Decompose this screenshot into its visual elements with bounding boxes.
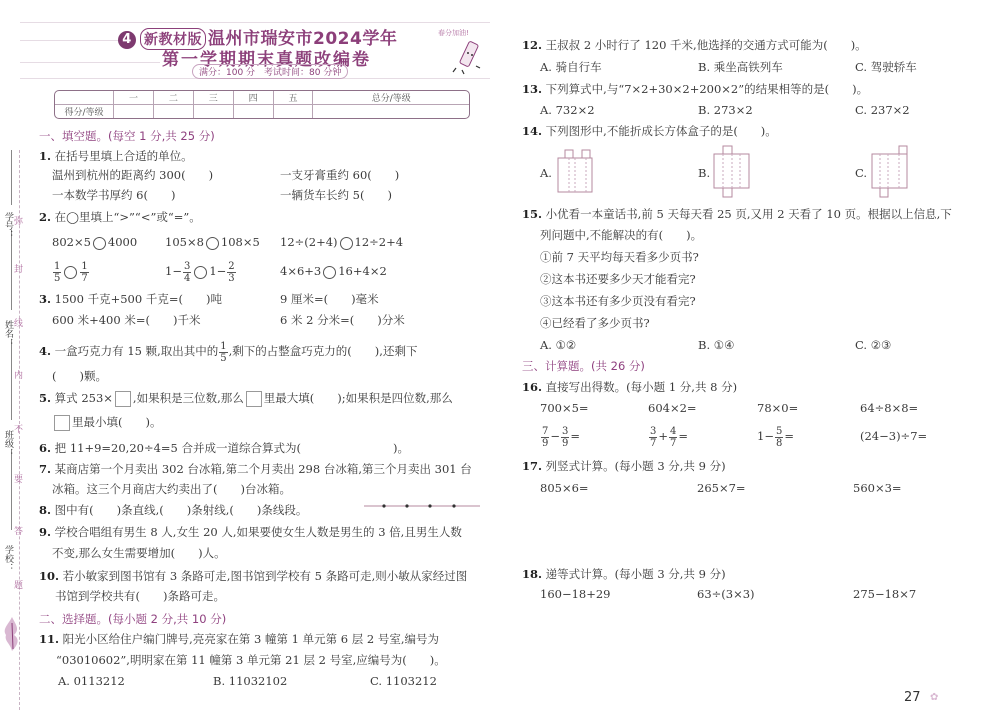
header-deco-line [20,62,160,63]
q11-line2: “03010602”,明明家在第 11 幢第 3 单元第 21 层 2 号室,应… [56,653,446,667]
q15-line2: 列问题中,不能解决的有( )。 [540,228,702,242]
seal-char: 不 [14,422,23,435]
binding-solid-line [11,230,12,310]
q18: 18. 递等式计算。(每小题 3 分,共 9 分) [522,567,726,581]
seal-char: 封 [14,262,23,275]
exam-subtitle: 满分：100 分 考试时间：80 分钟 [192,64,348,79]
score-cell[interactable] [154,105,194,118]
compare-circle[interactable] [93,237,106,250]
q5-line2: 里最小填( )。 [52,415,161,431]
school-label: 学校： [2,545,15,572]
seal-char: 内 [14,368,23,381]
q4-line2: ( )颗。 [52,369,107,383]
binding-solid-line [11,340,12,420]
q13-option-a[interactable]: A. 732×2 [540,103,595,117]
seal-char: 线 [14,316,23,329]
exam-number-badge: 4 [118,31,136,49]
q18-item: 63÷(3×3) [697,587,755,601]
q11-option-b[interactable]: B. 11032102 [213,674,287,688]
q15-sub: ②这本书还要多少天才能看完? [540,272,696,286]
compare-circle[interactable] [340,237,353,250]
score-cell[interactable] [234,105,274,118]
q7-line1: 7. 某商店第一个月卖出 302 台冰箱,第二个月卖出 298 台冰箱,第三个月… [39,462,472,476]
score-cell[interactable] [194,105,234,118]
q16-item: 1−58= [757,423,794,449]
score-cell[interactable] [114,105,154,118]
q2-item: 12÷(2+4)12÷2+4 [280,235,403,250]
q2-item: 1517 [52,258,90,284]
q3-item: 9 厘米=( )毫米 [280,292,379,306]
compare-circle[interactable] [194,266,207,279]
q15-option-a[interactable]: A. ①② [540,338,576,352]
q2-item: 1−341−23 [165,258,237,284]
q1-text: 在括号里填上合适的单位。 [55,149,193,163]
q1-number: 1. [39,149,51,163]
box-net-c-figure [870,144,910,200]
q1-item: 一本数学书厚约 6( ) [52,188,175,202]
score-table-header [55,91,114,105]
q3-item: 3. 1500 千克+500 千克=( )吨 [39,292,222,306]
q15-sub: ③这本书还有多少页没有看完? [540,294,696,308]
score-table-header: 三 [194,91,234,105]
q16-item: 604×2= [648,401,697,415]
q16-item: 78×0= [757,401,798,415]
q17-item: 265×7= [697,481,746,495]
q9-line1: 9. 学校合唱组有男生 8 人,女生 20 人,如果要使女生人数是男生的 3 倍… [39,525,462,539]
q14-option-b[interactable]: B. [698,166,710,180]
q1-item: 温州到杭州的距离约 300( ) [52,168,213,182]
q5-line1: 5. 算式 253×,如果积是三位数,那么里最大填( );如果积是四位数,那么 [39,391,453,407]
score-table-header: 二 [154,91,194,105]
pencil-mascot-icon [448,38,488,78]
q16: 16. 直接写出得数。(每小题 1 分,共 8 分) [522,380,737,394]
q11-option-a[interactable]: A. 0113212 [58,674,125,688]
q3-item: 6 米 2 分米=( )分米 [280,313,405,327]
q14-option-a[interactable]: A. [540,166,552,180]
q17: 17. 列竖式计算。(每小题 3 分,共 9 分) [522,459,726,473]
q2-number: 2. [39,210,51,224]
q15-sub: ④已经看了多少页书? [540,316,650,330]
blank-box[interactable] [246,391,262,407]
q16-item: (24−3)÷7= [860,429,927,443]
binding-solid-line [11,450,12,530]
q1-item: 一辆货车长约 5( ) [280,188,392,202]
q13-option-c[interactable]: C. 237×2 [855,103,910,117]
q2-item: 4×6+316+4×2 [280,264,387,279]
score-table-header: 四 [234,91,274,105]
q2-item: 802×54000 [52,235,137,250]
q17-item: 805×6= [540,481,589,495]
blank-box[interactable] [115,391,131,407]
score-row-label: 得分/等级 [55,105,114,118]
compare-circle[interactable] [64,266,77,279]
section-fill-in-title: 一、填空题。(每空 1 分,共 25 分) [39,128,215,144]
q2-item: 105×8108×5 [165,235,260,250]
q15-option-b[interactable]: B. ①④ [698,338,734,352]
score-table: 一 二 三 四 五 总分/等级 得分/等级 [54,90,470,119]
mascot-text: 春分加油! [438,28,469,38]
q12-option-b[interactable]: B. 乘坐高铁列车 [698,60,783,74]
flower-decoration-icon [2,615,24,655]
compare-circle[interactable] [206,237,219,250]
q11-option-c[interactable]: C. 1103212 [370,674,437,688]
seal-char: 弥 [14,214,23,227]
q7-line2: 冰箱。这三个月商店大约卖出了( )台冰箱。 [52,482,291,496]
q12-option-c[interactable]: C. 驾驶轿车 [855,60,917,74]
seal-char: 答 [14,524,23,537]
q1-item: 一支牙膏重约 60( ) [280,168,399,182]
score-table-header: 五 [274,91,314,105]
q2-prompt: 2. 在◯里填上“>”“<”或“=”。 [39,210,201,224]
q16-item: 64÷8×8= [860,401,918,415]
q18-item: 275−18×7 [853,587,916,601]
score-cell[interactable] [274,105,314,118]
q13-option-b[interactable]: B. 273×2 [698,103,753,117]
binding-solid-line [11,150,12,205]
q14-option-c[interactable]: C. [855,166,867,180]
q16-item: 79−39= [540,423,580,449]
q9-line2: 不变,那么女生需要增加( )人。 [52,546,226,560]
q17-item: 560×3= [853,481,902,495]
box-net-a-figure [556,148,596,194]
q6: 6. 把 11+9=20,20÷4=5 合并成一道综合算式为( )。 [39,441,409,455]
q4-line1: 4. 一盒巧克力有 15 颗,取出其中的15,剩下的占整盒巧克力的( ),还剩下 [39,338,417,364]
header-deco-line [20,22,490,23]
line-segments-figure [362,500,482,512]
q14: 14. 下列图形中,不能折成长方体盒子的是( )。 [522,124,777,138]
q16-item: 37+47= [648,423,688,449]
q16-item: 700×5= [540,401,589,415]
seal-char: 题 [14,578,23,591]
q12-option-a[interactable]: A. 骑自行车 [540,60,602,74]
q18-item: 160−18+29 [540,587,611,601]
q15-sub: ①前 7 天平均每天看多少页书? [540,250,699,264]
blank-box[interactable] [54,415,70,431]
q15-option-c[interactable]: C. ②③ [855,338,891,352]
seal-char: 要 [14,472,23,485]
q3-item: 600 米+400 米=( )千米 [52,313,200,327]
q8: 8. 图中有( )条直线,( )条射线,( )条线段。 [39,503,307,517]
mascot: 春分加油! [440,28,490,78]
q13: 13. 下列算式中,与“7×2+30×2+200×2”的结果相等的是( )。 [522,82,868,96]
section-choice-title: 二、选择题。(每小题 2 分,共 10 分) [39,611,226,627]
q2-text: 在◯里填上“>”“<”或“=”。 [55,210,201,224]
q15-line1: 15. 小优看一本童话书,前 5 天每天看 25 页,又用 2 天看了 10 页… [522,207,952,221]
q10-line1: 10. 若小敏家到图书馆有 3 条路可走,图书馆到学校有 5 条路可走,则小敏从… [39,569,467,583]
score-table-header: 一 [114,91,154,105]
page-corner-deco: ✿ [930,692,940,704]
page-number: 27 [904,690,921,705]
score-cell[interactable] [313,105,469,118]
compare-circle[interactable] [323,266,336,279]
score-table-header: 总分/等级 [313,91,469,105]
section-calc-title: 三、计算题。(共 26 分) [522,358,645,374]
q12: 12. 王叔叔 2 小时行了 120 千米,他选择的交通方式可能为( )。 [522,38,867,52]
box-net-b-figure [712,144,752,200]
q1-prompt: 1. 在括号里填上合适的单位。 [39,149,193,163]
q10-line2: 书馆到学校共有( )条路可走。 [55,589,225,603]
header-deco-line [20,40,120,41]
q11-line1: 11. 阳光小区给住户编门牌号,亮亮家在第 3 幢第 1 单元第 6 层 2 号… [39,632,439,646]
